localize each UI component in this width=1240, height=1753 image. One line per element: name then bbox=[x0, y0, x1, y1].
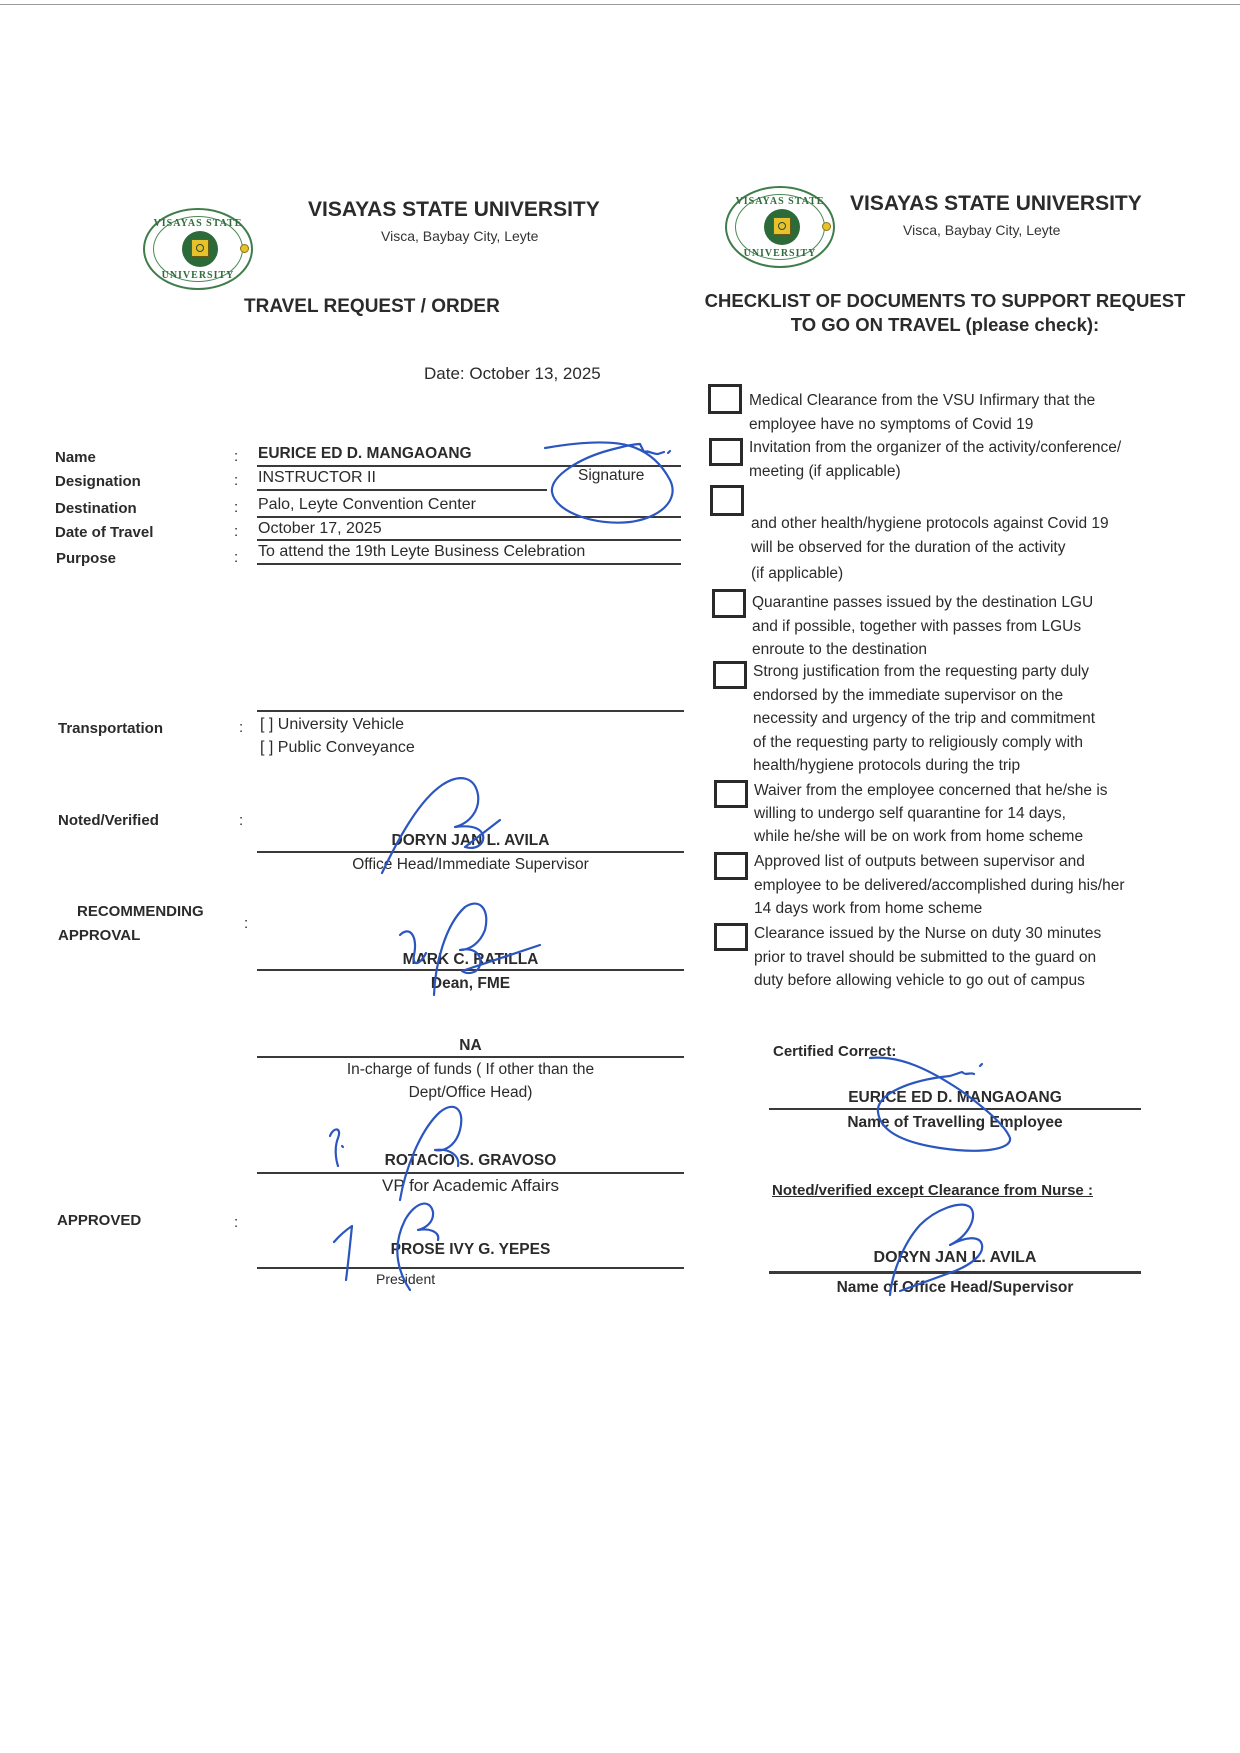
checklist-title-line2: TO GO ON TRAVEL (please check): bbox=[700, 314, 1190, 336]
checklist-item-4-line3: enroute to the destination bbox=[752, 638, 927, 662]
checklist-item-8-line2: prior to travel should be submitted to t… bbox=[754, 946, 1096, 970]
supervisor-signature-left bbox=[380, 765, 540, 885]
checkbox-nurse-clearance[interactable] bbox=[714, 923, 748, 951]
checkbox-quarantine-passes[interactable] bbox=[712, 589, 746, 618]
checklist-item-3-line1: and other health/hygiene protocols again… bbox=[751, 512, 1109, 536]
university-name-left: VISAYAS STATE UNIVERSITY bbox=[308, 198, 600, 222]
checklist-item-6-line1: Waiver from the employee concerned that … bbox=[754, 779, 1108, 803]
checklist-item-3-line2: will be observed for the duration of the… bbox=[751, 536, 1065, 560]
approved-label: APPROVED bbox=[57, 1212, 141, 1229]
designation-value: INSTRUCTOR II bbox=[258, 469, 376, 487]
funds-name: NA bbox=[257, 1037, 684, 1055]
checklist-item-8-line1: Clearance issued by the Nurse on duty 30… bbox=[754, 922, 1101, 946]
funds-signature-line bbox=[257, 1056, 684, 1058]
dean-signature bbox=[390, 895, 550, 1005]
noted-verified-label: Noted/Verified bbox=[58, 812, 159, 829]
checklist-title-line1: CHECKLIST OF DOCUMENTS TO SUPPORT REQUES… bbox=[700, 290, 1190, 312]
checkbox-approved-outputs[interactable] bbox=[714, 852, 748, 880]
recommending-label-line1: RECOMMENDING bbox=[77, 903, 204, 920]
funds-title-line1: In-charge of funds ( If other than the bbox=[257, 1061, 684, 1079]
president-name: PROSE IVY G. YEPES bbox=[257, 1241, 684, 1259]
checklist-item-2-line2: meeting (if applicable) bbox=[749, 460, 901, 484]
checklist-item-6-line2: willing to undergo self quarantine for 1… bbox=[754, 802, 1066, 826]
destination-label: Destination bbox=[55, 500, 137, 517]
checkbox-waiver[interactable] bbox=[714, 780, 748, 808]
checkbox-strong-justification[interactable] bbox=[713, 661, 747, 689]
employee-signature-bottom bbox=[860, 1050, 1040, 1160]
checklist-item-6-line3: while he/she will be on work from home s… bbox=[754, 825, 1083, 849]
transportation-topline bbox=[257, 710, 684, 712]
scan-edge-line bbox=[0, 4, 1240, 5]
designation-underline bbox=[257, 489, 547, 491]
supervisor-signature-right bbox=[880, 1195, 1030, 1305]
president-signature-line bbox=[257, 1267, 684, 1269]
designation-label: Designation bbox=[55, 473, 141, 490]
checklist-item-3-line3: (if applicable) bbox=[751, 562, 843, 586]
checklist-item-4-line1: Quarantine passes issued by the destinat… bbox=[752, 591, 1093, 615]
checkbox-health-protocols[interactable] bbox=[710, 485, 744, 516]
option-university-vehicle[interactable]: [ ] University Vehicle bbox=[260, 716, 404, 734]
checklist-item-5-line3: necessity and urgency of the trip and co… bbox=[753, 707, 1095, 731]
date-of-travel-value: October 17, 2025 bbox=[258, 520, 382, 538]
checklist-item-7-line3: 14 days work from home scheme bbox=[754, 897, 982, 921]
destination-value: Palo, Leyte Convention Center bbox=[258, 496, 476, 514]
checklist-item-5-line2: endorsed by the immediate supervisor on … bbox=[753, 684, 1063, 708]
president-signature bbox=[330, 1190, 470, 1300]
purpose-underline bbox=[257, 563, 681, 565]
checklist-item-1-line1: Medical Clearance from the VSU Infirmary… bbox=[749, 389, 1095, 413]
name-value: EURICE ED D. MANGAOANG bbox=[258, 445, 472, 463]
request-date: Date: October 13, 2025 bbox=[424, 364, 601, 384]
checkbox-invitation[interactable] bbox=[709, 438, 743, 466]
checklist-item-7-line1: Approved list of outputs between supervi… bbox=[754, 850, 1085, 874]
transportation-label: Transportation bbox=[58, 720, 163, 737]
purpose-label: Purpose bbox=[56, 550, 116, 567]
employee-signature-top bbox=[540, 440, 690, 550]
university-address-right: Visca, Baybay City, Leyte bbox=[903, 222, 1060, 238]
university-seal-left: VISAYAS STATE UNIVERSITY bbox=[143, 208, 253, 290]
purpose-value: To attend the 19th Leyte Business Celebr… bbox=[258, 543, 585, 561]
checklist-item-8-line3: duty before allowing vehicle to go out o… bbox=[754, 969, 1085, 993]
option-public-conveyance[interactable]: [ ] Public Conveyance bbox=[260, 739, 415, 757]
date-of-travel-label: Date of Travel bbox=[55, 524, 153, 541]
university-name-right: VISAYAS STATE UNIVERSITY bbox=[850, 192, 1142, 216]
checklist-item-2-line1: Invitation from the organizer of the act… bbox=[749, 436, 1121, 460]
checkbox-medical-clearance[interactable] bbox=[708, 384, 742, 414]
form-title: TRAVEL REQUEST / ORDER bbox=[244, 296, 500, 318]
checklist-item-7-line2: employee to be delivered/accomplished du… bbox=[754, 874, 1125, 898]
checklist-item-5-line4: of the requesting party to religiously c… bbox=[753, 731, 1083, 755]
university-seal-right: VISAYAS STATE UNIVERSITY bbox=[725, 186, 835, 268]
checklist-item-5-line1: Strong justification from the requesting… bbox=[753, 660, 1089, 684]
checklist-item-1-line2: employee have no symptoms of Covid 19 bbox=[749, 413, 1033, 437]
name-label: Name bbox=[55, 449, 96, 466]
recommending-label-line2: APPROVAL bbox=[58, 927, 140, 944]
checklist-item-5-line5: health/hygiene protocols during the trip bbox=[753, 754, 1020, 778]
checklist-item-4-line2: and if possible, together with passes fr… bbox=[752, 615, 1081, 639]
university-address-left: Visca, Baybay City, Leyte bbox=[381, 228, 538, 244]
